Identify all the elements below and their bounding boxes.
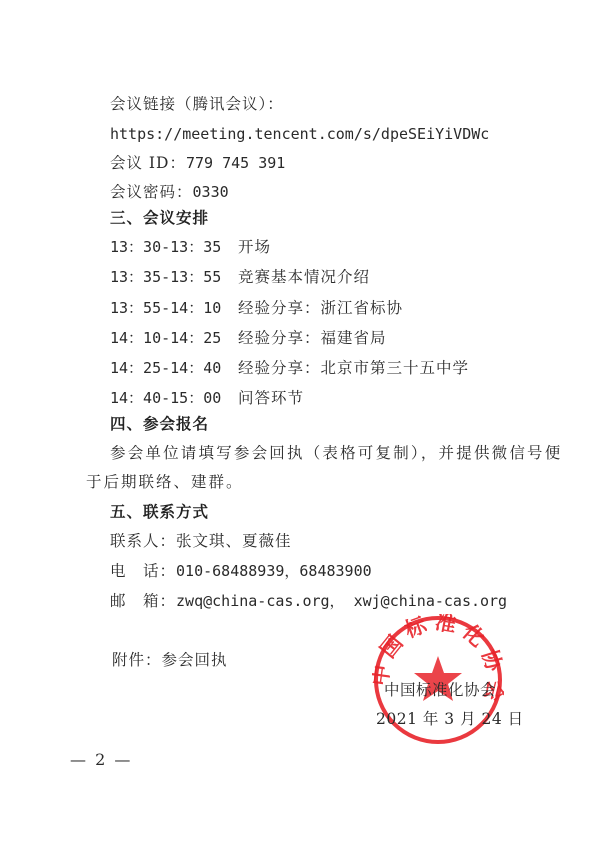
contact-person-row: 联系人：张文琪、夏薇佳: [110, 531, 292, 551]
schedule-time: 13：55-14：10: [110, 298, 238, 318]
meeting-password-value: 0330: [193, 183, 229, 201]
schedule-item: 开场: [238, 238, 271, 256]
contact-label: 联系人：: [110, 532, 176, 550]
meeting-password-label: 会议密码：: [110, 183, 193, 201]
meeting-id-value: 779 745 391: [186, 154, 285, 172]
meeting-password-row: 会议密码：0330: [110, 182, 229, 202]
phone-row: 电 话：010-68488939，68483900: [110, 561, 372, 581]
meeting-link-label: 会议链接（腾讯会议）：: [110, 94, 284, 114]
schedule-time: 14：25-14：40: [110, 358, 238, 378]
email-label: 邮 箱：: [110, 592, 176, 610]
schedule-item: 经验分享：北京市第三十五中学: [238, 359, 469, 377]
schedule-time: 13：35-13：55: [110, 267, 238, 287]
schedule-row: 14：40-15：00问答环节: [110, 388, 304, 408]
signature-org: 中国标准化协会: [384, 680, 496, 700]
phone-value: 010-68488939，68483900: [176, 562, 372, 580]
meeting-id-row: 会议 ID：779 745 391: [110, 153, 285, 173]
section4-paragraph-line1: 参会单位请填写参会回执（表格可复制），并提供微信号便: [110, 443, 562, 463]
meeting-id-label: 会议 ID：: [110, 154, 186, 172]
schedule-item: 问答环节: [238, 389, 304, 407]
schedule-row: 13：35-13：55竞赛基本情况介绍: [110, 267, 370, 287]
schedule-row: 13：30-13：35开场: [110, 237, 271, 257]
schedule-time: 14：10-14：25: [110, 328, 238, 348]
section5-heading: 五、联系方式: [110, 502, 209, 522]
phone-label: 电 话：: [110, 562, 176, 580]
schedule-item: 经验分享：福建省局: [238, 329, 387, 347]
schedule-time: 14：40-15：00: [110, 388, 238, 408]
email-value[interactable]: zwq@china-cas.org， xwj@china-cas.org: [176, 592, 507, 610]
section4-heading: 四、参会报名: [110, 414, 209, 434]
attachment-note: 附件：参会回执: [112, 650, 228, 670]
page-number: — 2 —: [70, 750, 132, 769]
schedule-row: 13：55-14：10经验分享：浙江省标协: [110, 298, 403, 318]
schedule-row: 14：10-14：25经验分享：福建省局: [110, 328, 387, 348]
signature-date: 2021 年 3 月 24 日: [376, 709, 524, 729]
schedule-row: 14：25-14：40经验分享：北京市第三十五中学: [110, 358, 469, 378]
schedule-item: 竞赛基本情况介绍: [238, 268, 370, 286]
section3-heading: 三、会议安排: [110, 208, 209, 228]
section4-paragraph-line2: 于后期联络、建群。: [86, 472, 244, 492]
meeting-link-url[interactable]: https://meeting.tencent.com/s/dpeSEiYiVD…: [110, 124, 489, 144]
schedule-time: 13：30-13：35: [110, 237, 238, 257]
schedule-item: 经验分享：浙江省标协: [238, 299, 403, 317]
contact-value: 张文琪、夏薇佳: [176, 532, 292, 550]
email-row: 邮 箱：zwq@china-cas.org， xwj@china-cas.org: [110, 591, 507, 611]
